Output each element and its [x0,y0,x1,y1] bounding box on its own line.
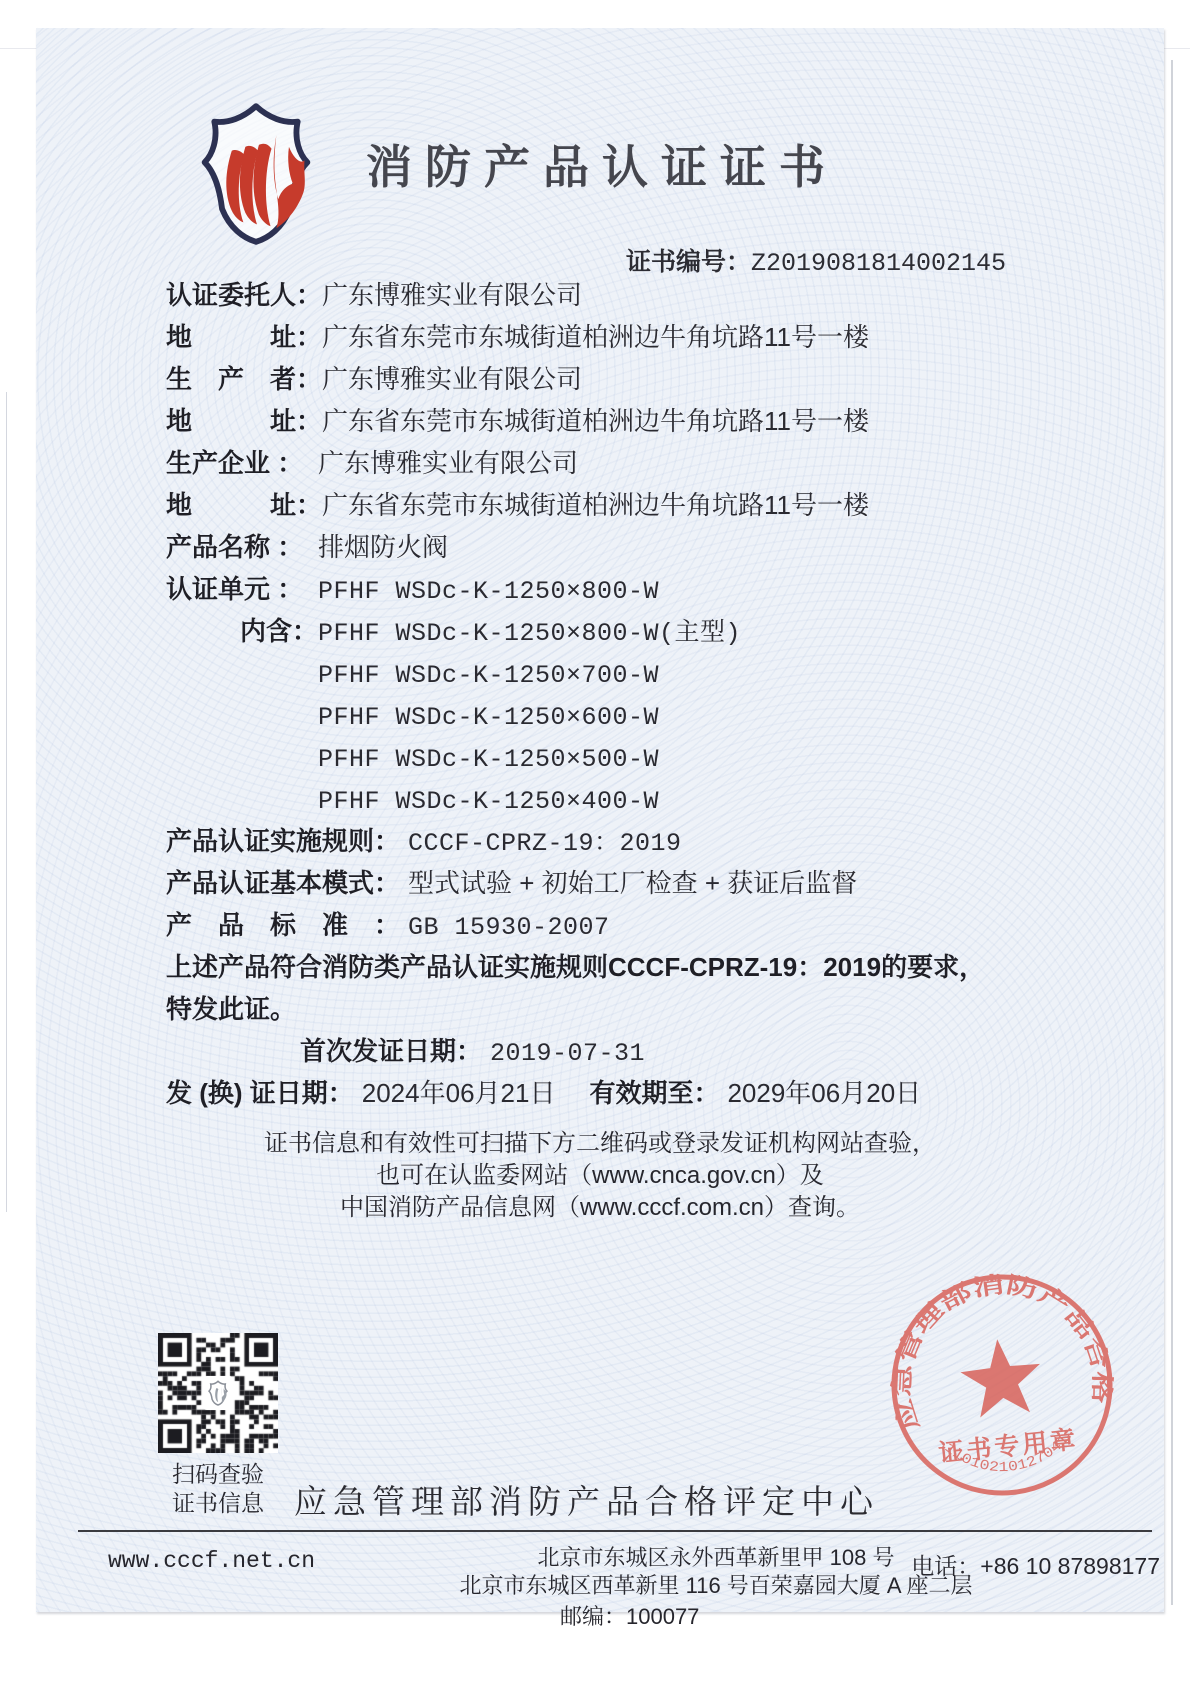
field-row: 认证委托人：广东博雅实业有限公司 [166,274,1176,316]
note-line: 也可在认监委网站（www.cnca.gov.cn）及 [36,1160,1164,1192]
official-seal: 应急管理部消防产品合格评定中心 证书专用章 11010210127041 [870,1253,1134,1517]
first-issue-date-row: 首次发证日期：2019-07-31 [166,1030,1176,1072]
certificate-number: 证书编号：Z2019081814002145 [626,242,1006,278]
field-row: 认证单元 ：PFHF WSDc-K-1250×800-W [166,568,1176,610]
certificate-fields: 认证委托人：广东博雅实业有限公司 地 址：广东省东莞市东城街道柏洲边牛角坑路11… [166,274,1176,1114]
fire-shield-logo [193,100,319,246]
certificate-paper: 消防产品认证证书 证书编号：Z2019081814002145 认证委托人：广东… [36,28,1164,1612]
issuing-authority: 应急管理部消防产品合格评定中心 [294,1476,879,1523]
footer-phone: 电话：+86 10 87898177 [911,1548,1160,1581]
rule-row: 产品认证基本模式：型式试验 + 初始工厂检查 + 获证后监督 [166,862,1176,904]
reissue-date-row: 发 (换) 证日期：2024年06月21日有效期至：2029年06月20日 [166,1072,1176,1114]
verification-notes: 证书信息和有效性可扫描下方二维码或登录发证机构网站查验， 也可在认监委网站（ww… [36,1128,1164,1224]
field-row: 地 址：广东省东莞市东城街道柏洲边牛角坑路11号一楼 [166,400,1176,442]
seal-star [957,1335,1045,1419]
field-row: 地 址：广东省东莞市东城街道柏洲边牛角坑路11号一楼 [166,484,1176,526]
scanned-certificate-page: { "header": { "title": "消防产品认证证书", "cert… [0,0,1190,1684]
inner-models-row: PFHF WSDc-K-1250×600-W [166,694,1176,736]
certificate-number-label: 证书编号： [626,248,751,276]
rule-row: 产品认证实施规则：CCCF-CPRZ-19：2019 [166,820,1176,862]
mini-shield-icon [207,1380,229,1406]
qr-caption: 扫码查验 证书信息 [152,1460,284,1518]
qr-center-logo [203,1376,233,1410]
svg-text:应急管理部消防产品合格评定中心: 应急管理部消防产品合格评定中心 [870,1253,1119,1437]
conformity-statement: 上述产品符合消防类产品认证实施规则CCCF-CPRZ-19：2019的要求，特发… [166,946,1011,1030]
note-line: 证书信息和有效性可扫描下方二维码或登录发证机构网站查验， [36,1128,1164,1160]
field-row: 产品名称 ：排烟防火阀 [166,526,1176,568]
footer-divider [78,1530,1152,1532]
page-title: 消防产品认证证书 [366,131,846,197]
qr-caption-line2: 证书信息 [152,1489,284,1518]
inner-models-row: PFHF WSDc-K-1250×400-W [166,778,1176,820]
qr-code [158,1333,278,1453]
footer-website: www.cccf.net.cn [108,1548,315,1574]
field-row: 生产企业 ：广东博雅实业有限公司 [166,442,1176,484]
rule-row: 产 品 标 准 ：GB 15930-2007 [166,904,1176,946]
inner-models-row: PFHF WSDc-K-1250×500-W [166,736,1176,778]
qr-caption-line1: 扫码查验 [152,1460,284,1489]
seal-ring-text: 应急管理部消防产品合格评定中心 [870,1253,1119,1437]
inner-models-row: 内含：PFHF WSDc-K-1250×800-W(主型) [166,610,1176,652]
note-line: 中国消防产品信息网（www.cccf.com.cn）查询。 [36,1192,1164,1224]
footer-postcode: 邮编：100077 [560,1600,699,1631]
inner-models-row: PFHF WSDc-K-1250×700-W [166,652,1176,694]
field-row: 地 址：广东省东莞市东城街道柏洲边牛角坑路11号一楼 [166,316,1176,358]
field-row: 生 产 者：广东博雅实业有限公司 [166,358,1176,400]
